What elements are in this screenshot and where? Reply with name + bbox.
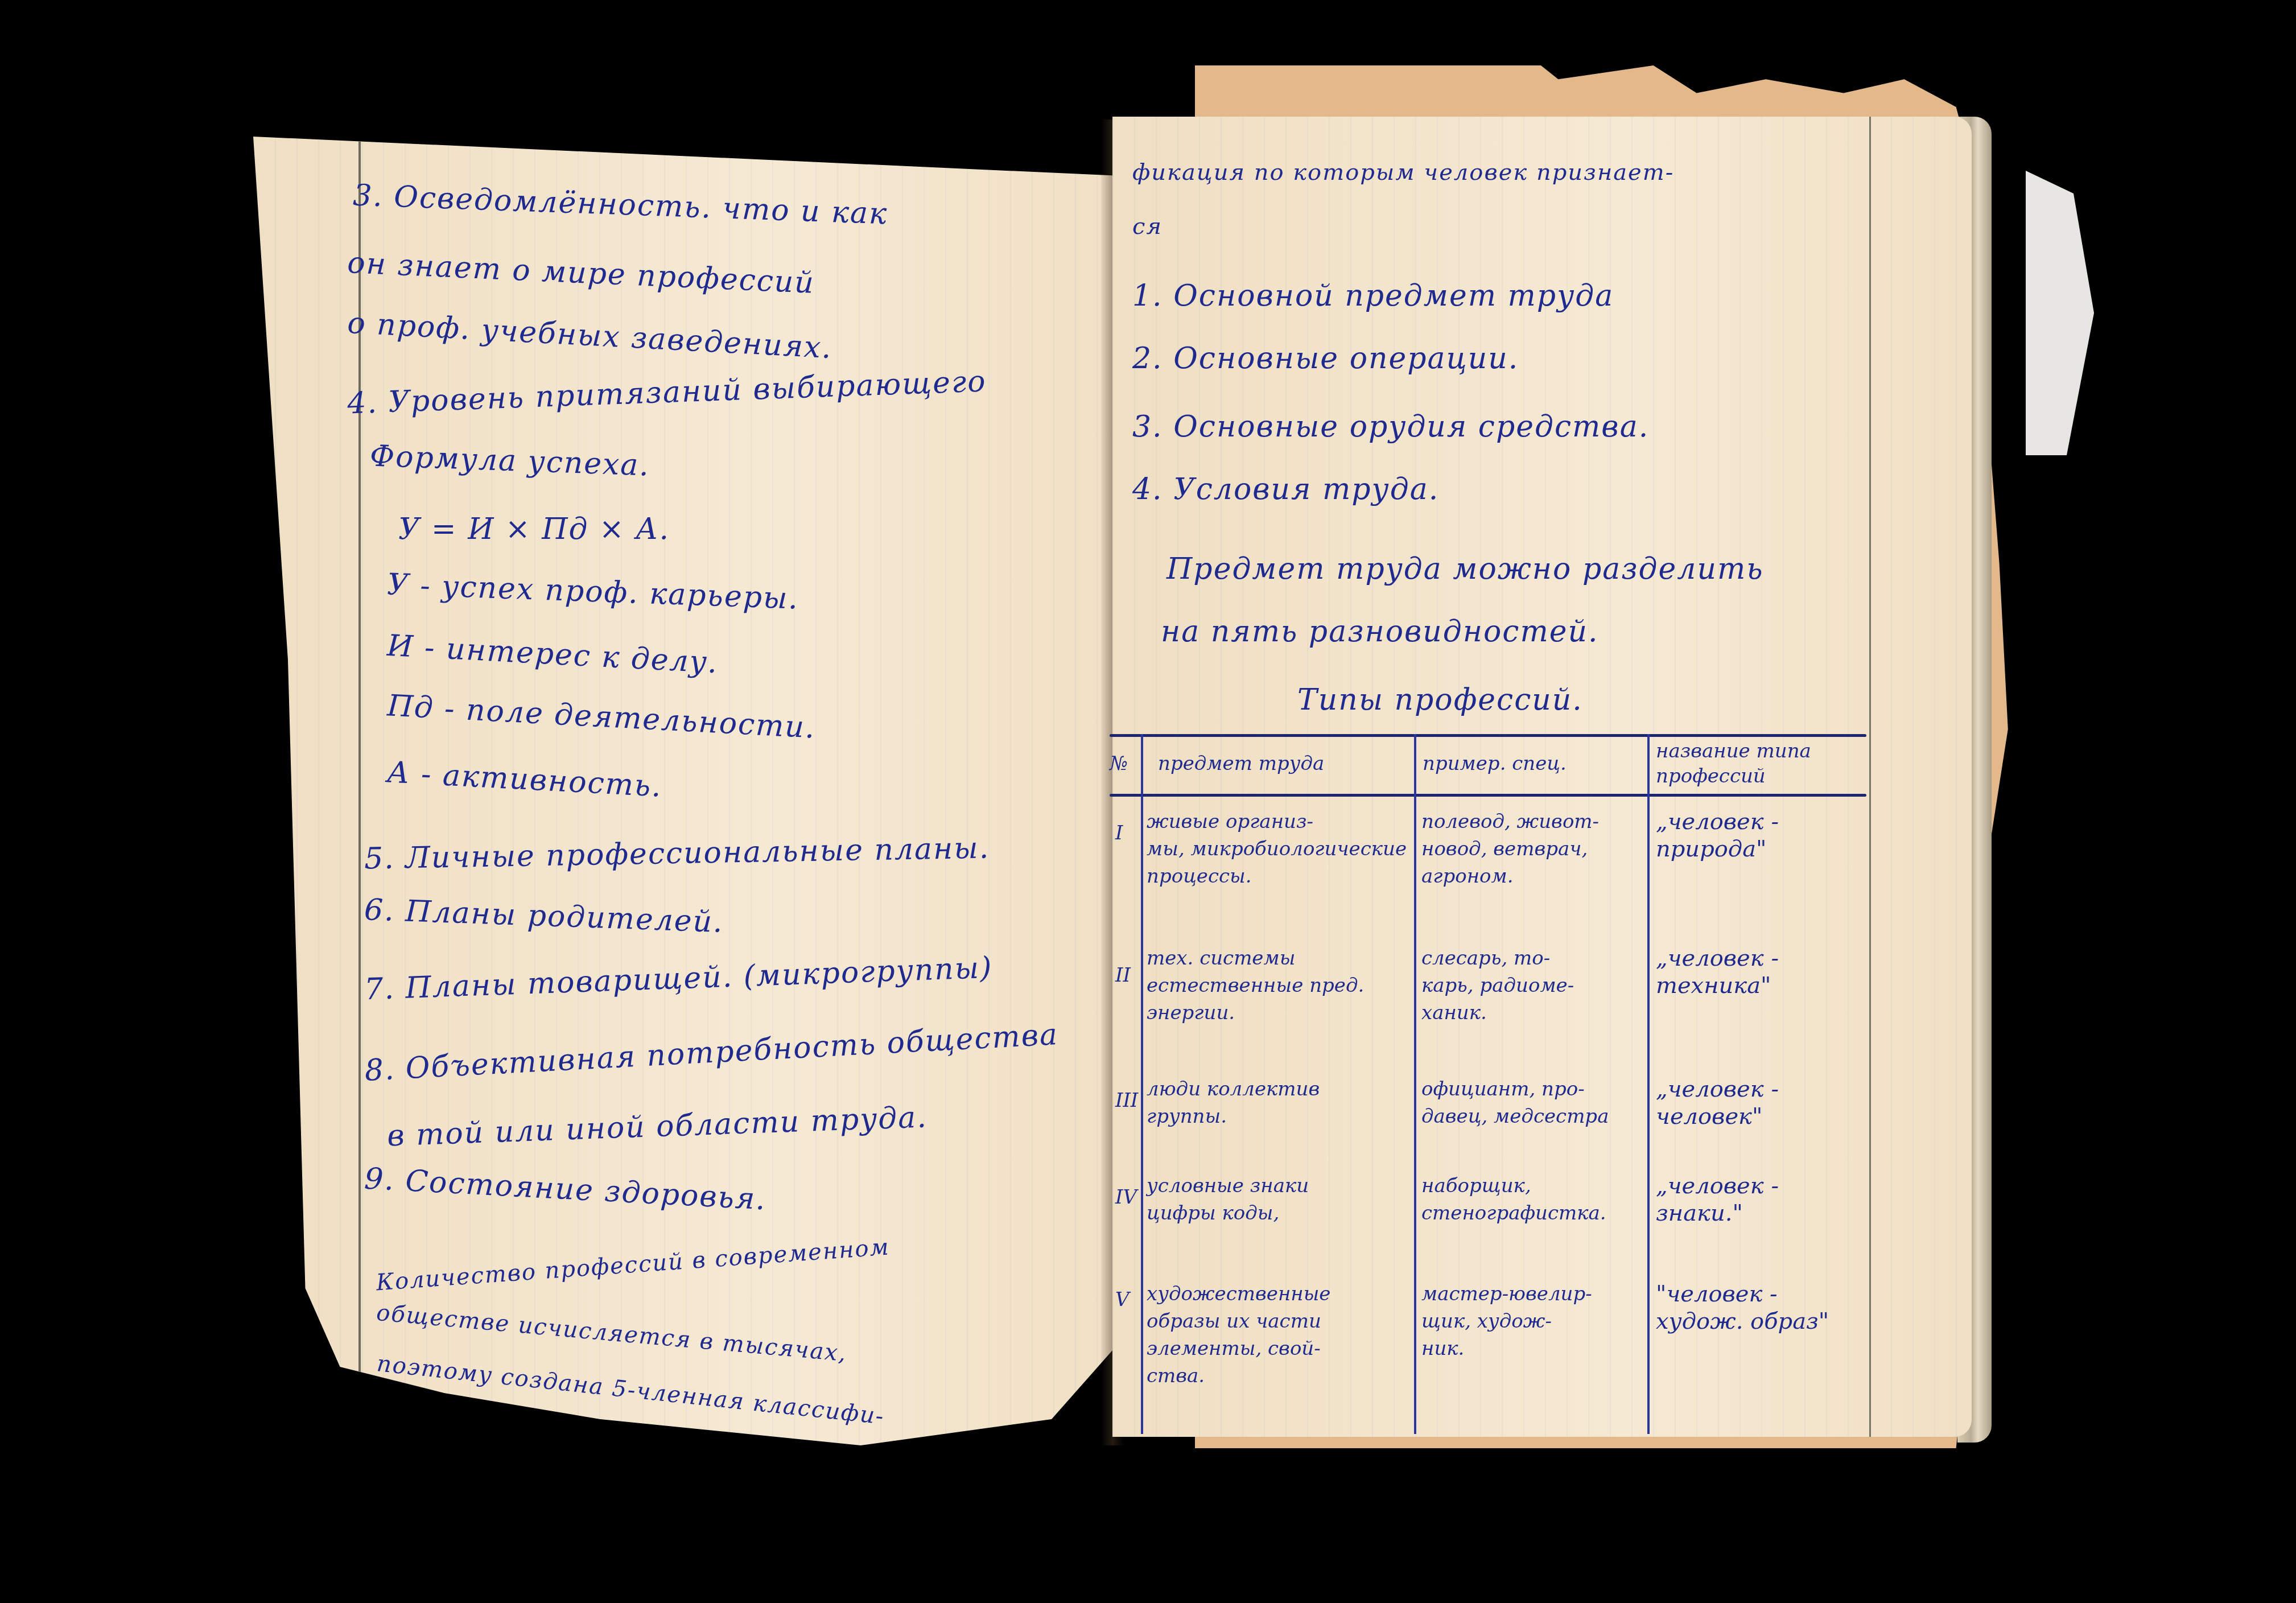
criterion-3: 3. Основные орудия средства. bbox=[1132, 410, 1649, 444]
row-1-examples: полевод, живот- новод, ветврач, агроном. bbox=[1421, 808, 1599, 890]
criterion-1: 1. Основной предмет труда bbox=[1132, 279, 1614, 313]
row-5-type: "человек - худож. образ" bbox=[1656, 1280, 1829, 1335]
table-top-rule bbox=[1110, 734, 1866, 737]
right-page-margin-line bbox=[1869, 117, 1871, 1437]
row-3-subject: люди коллектив группы. bbox=[1147, 1075, 1320, 1130]
table-col-divider-3 bbox=[1647, 734, 1650, 1434]
row-1-subject: живые организ- мы, микробиологические пр… bbox=[1147, 808, 1407, 890]
table-title: Типы профессий. bbox=[1297, 683, 1583, 717]
right-intro-line-2: ся bbox=[1132, 213, 1163, 240]
header-type: название типа профессий bbox=[1656, 739, 1861, 789]
right-text-line-2: на пять разновидностей. bbox=[1161, 615, 1599, 649]
row-3-examples: официант, про- давец, медсестра bbox=[1421, 1075, 1609, 1130]
row-1-number: I bbox=[1115, 819, 1123, 847]
row-4-examples: наборщик, стенографистка. bbox=[1421, 1172, 1606, 1227]
header-subject: предмет труда bbox=[1158, 750, 1324, 777]
criterion-2: 2. Основные операции. bbox=[1132, 341, 1519, 376]
right-intro-line-1: фикация по которым человек признает- bbox=[1132, 159, 1674, 186]
row-2-subject: тех. системы естественные пред. энергии. bbox=[1147, 945, 1364, 1027]
row-2-examples: слесарь, то- карь, радиоме- ханик. bbox=[1421, 945, 1574, 1027]
page-stack-white-edge bbox=[2026, 171, 2094, 455]
table-col-divider-2 bbox=[1414, 734, 1416, 1434]
row-5-examples: мастер-ювелир- щик, худож- ник. bbox=[1421, 1280, 1592, 1362]
row-3-type: „человек - человек" bbox=[1656, 1075, 1779, 1130]
row-4-subject: условные знаки цифры коды, bbox=[1147, 1172, 1309, 1227]
row-4-number: IV bbox=[1115, 1184, 1137, 1211]
row-3-number: III bbox=[1115, 1087, 1138, 1114]
formula-line: У = И × Пд × А. bbox=[398, 512, 670, 546]
table-col-divider-1 bbox=[1141, 734, 1143, 1434]
table-header-rule bbox=[1110, 794, 1866, 797]
professions-table: № предмет труда пример. спец. название т… bbox=[1110, 734, 1866, 1434]
open-notebook-photo: 3. Осведомлённость. что и как он знает о… bbox=[0, 0, 2296, 1603]
header-examples: пример. спец. bbox=[1423, 750, 1567, 777]
row-1-type: „человек - природа" bbox=[1656, 808, 1779, 863]
row-4-type: „человек - знаки." bbox=[1656, 1172, 1779, 1227]
row-2-number: II bbox=[1115, 962, 1131, 989]
row-2-type: „человек - техника" bbox=[1656, 945, 1779, 999]
criterion-4: 4. Условия труда. bbox=[1132, 472, 1439, 506]
right-text-line-1: Предмет труда можно разделить bbox=[1166, 552, 1764, 586]
row-5-number: V bbox=[1115, 1286, 1130, 1313]
row-5-subject: художественные образы их части элементы,… bbox=[1147, 1280, 1330, 1390]
header-number: № bbox=[1110, 750, 1128, 777]
